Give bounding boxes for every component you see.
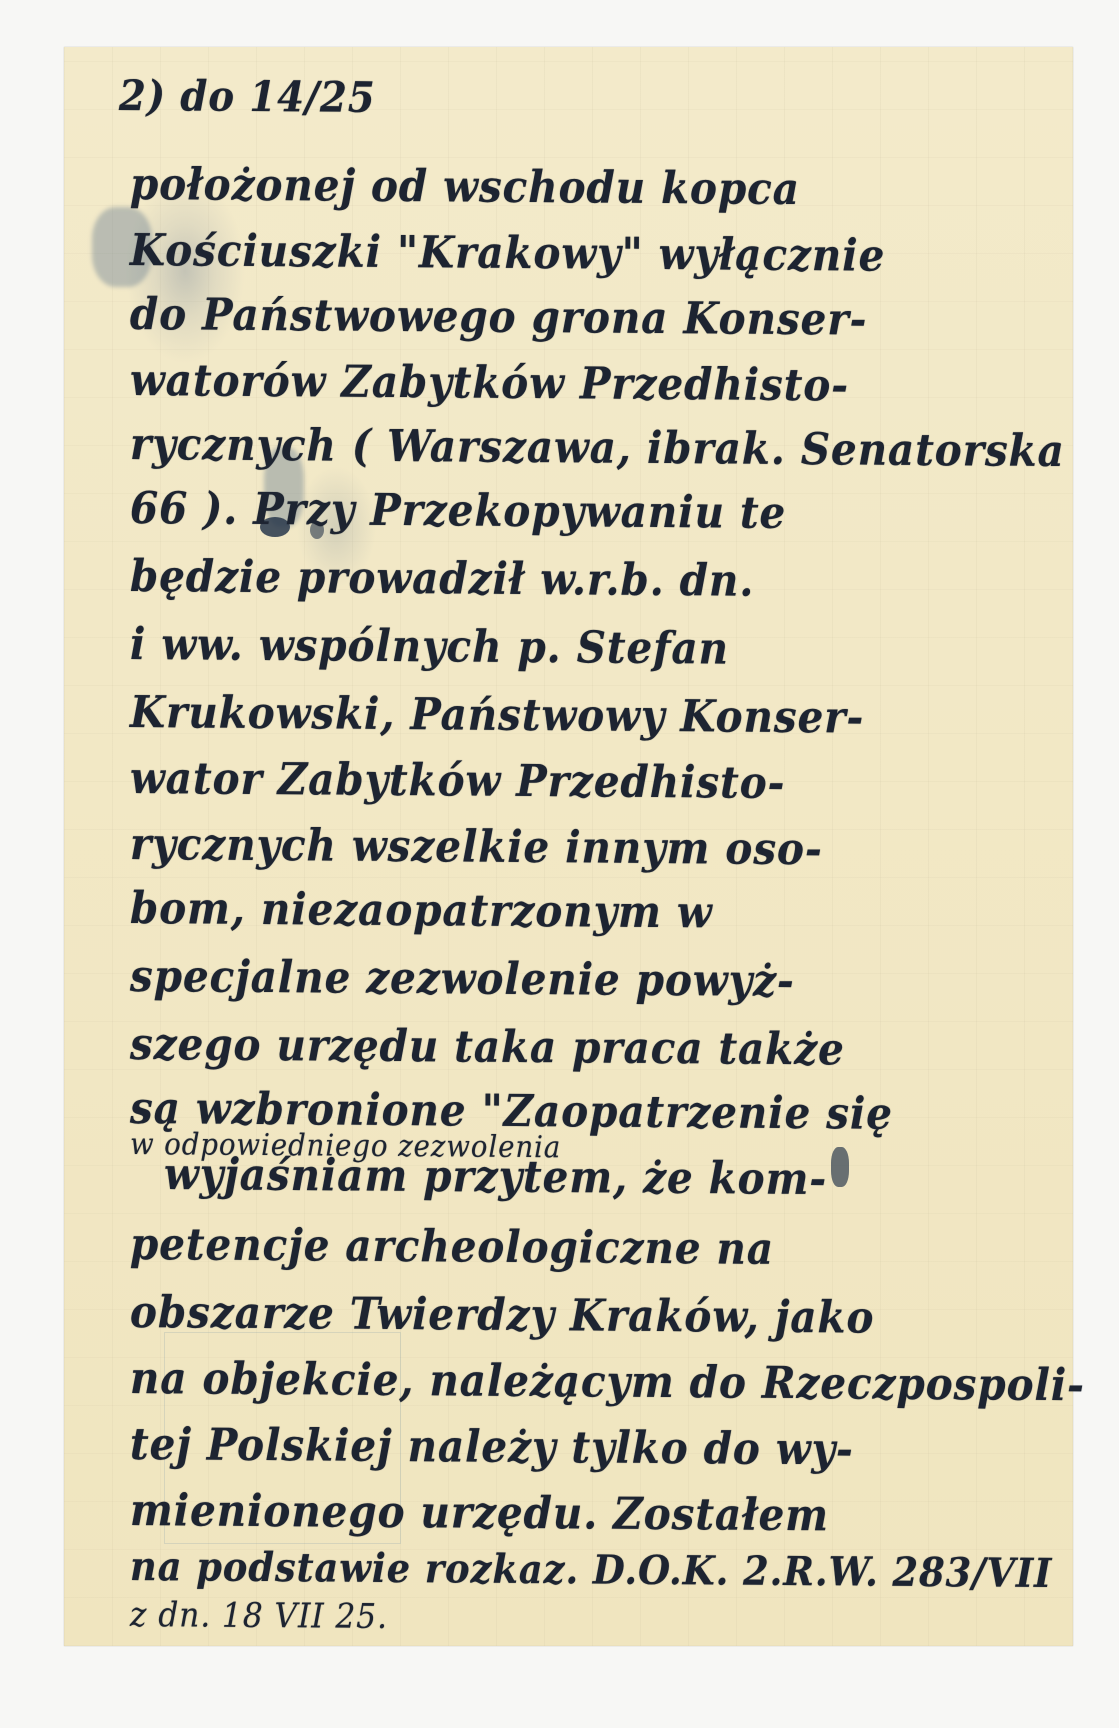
- text-line: watorów Zabytków Przedhisto-: [130, 355, 849, 411]
- text-line: rycznych ( Warszawa, ibrak. Senatorska: [130, 419, 1065, 477]
- letter-page: 2) do 14/25 położonej od wschodu kopca K…: [64, 47, 1073, 1646]
- date-line: z dn. 18 VII 25.: [130, 1595, 388, 1637]
- text-line: na podstawie rozkaz. D.O.K. 2.R.W. 283/V…: [130, 1543, 1052, 1597]
- text-line: rycznych wszelkie innym oso-: [130, 819, 823, 875]
- header-reference: 2) do 14/25: [119, 71, 376, 122]
- text-line: wyjaśniam przytem, że kom-: [164, 1149, 827, 1205]
- text-line: 66 ). Przy Przekopywaniu te: [130, 483, 787, 539]
- text-line: tej Polskiej należy tylko do wy-: [130, 1419, 854, 1475]
- ink-blot: [831, 1147, 849, 1187]
- text-line: wator Zabytków Przedhisto-: [130, 753, 786, 809]
- text-line: na objekcie, należącym do Rzeczpospoli-: [130, 1353, 1085, 1411]
- text-line: specjalne zezwolenie powyż-: [130, 951, 795, 1007]
- text-line: mienionego urzędu. Zostałem: [130, 1485, 829, 1541]
- text-line: i ww. wspólnych p. Stefan: [130, 619, 729, 675]
- text-line: szego urzędu taka praca także: [130, 1019, 845, 1075]
- text-line: petencje archeologiczne na: [130, 1219, 774, 1275]
- text-line: obszarze Twierdzy Kraków, jako: [130, 1287, 875, 1344]
- text-line: do Państwowego grona Konser-: [130, 289, 868, 346]
- text-line: bom, niezaopatrzonym w: [130, 883, 713, 938]
- text-line: Kościuszki "Krakowy" wyłącznie: [130, 225, 886, 282]
- text-line: położonej od wschodu kopca: [130, 159, 800, 215]
- text-line: Krukowski, Państwowy Konser-: [130, 687, 865, 744]
- text-line: będzie prowadził w.r.b. dn.: [130, 551, 755, 607]
